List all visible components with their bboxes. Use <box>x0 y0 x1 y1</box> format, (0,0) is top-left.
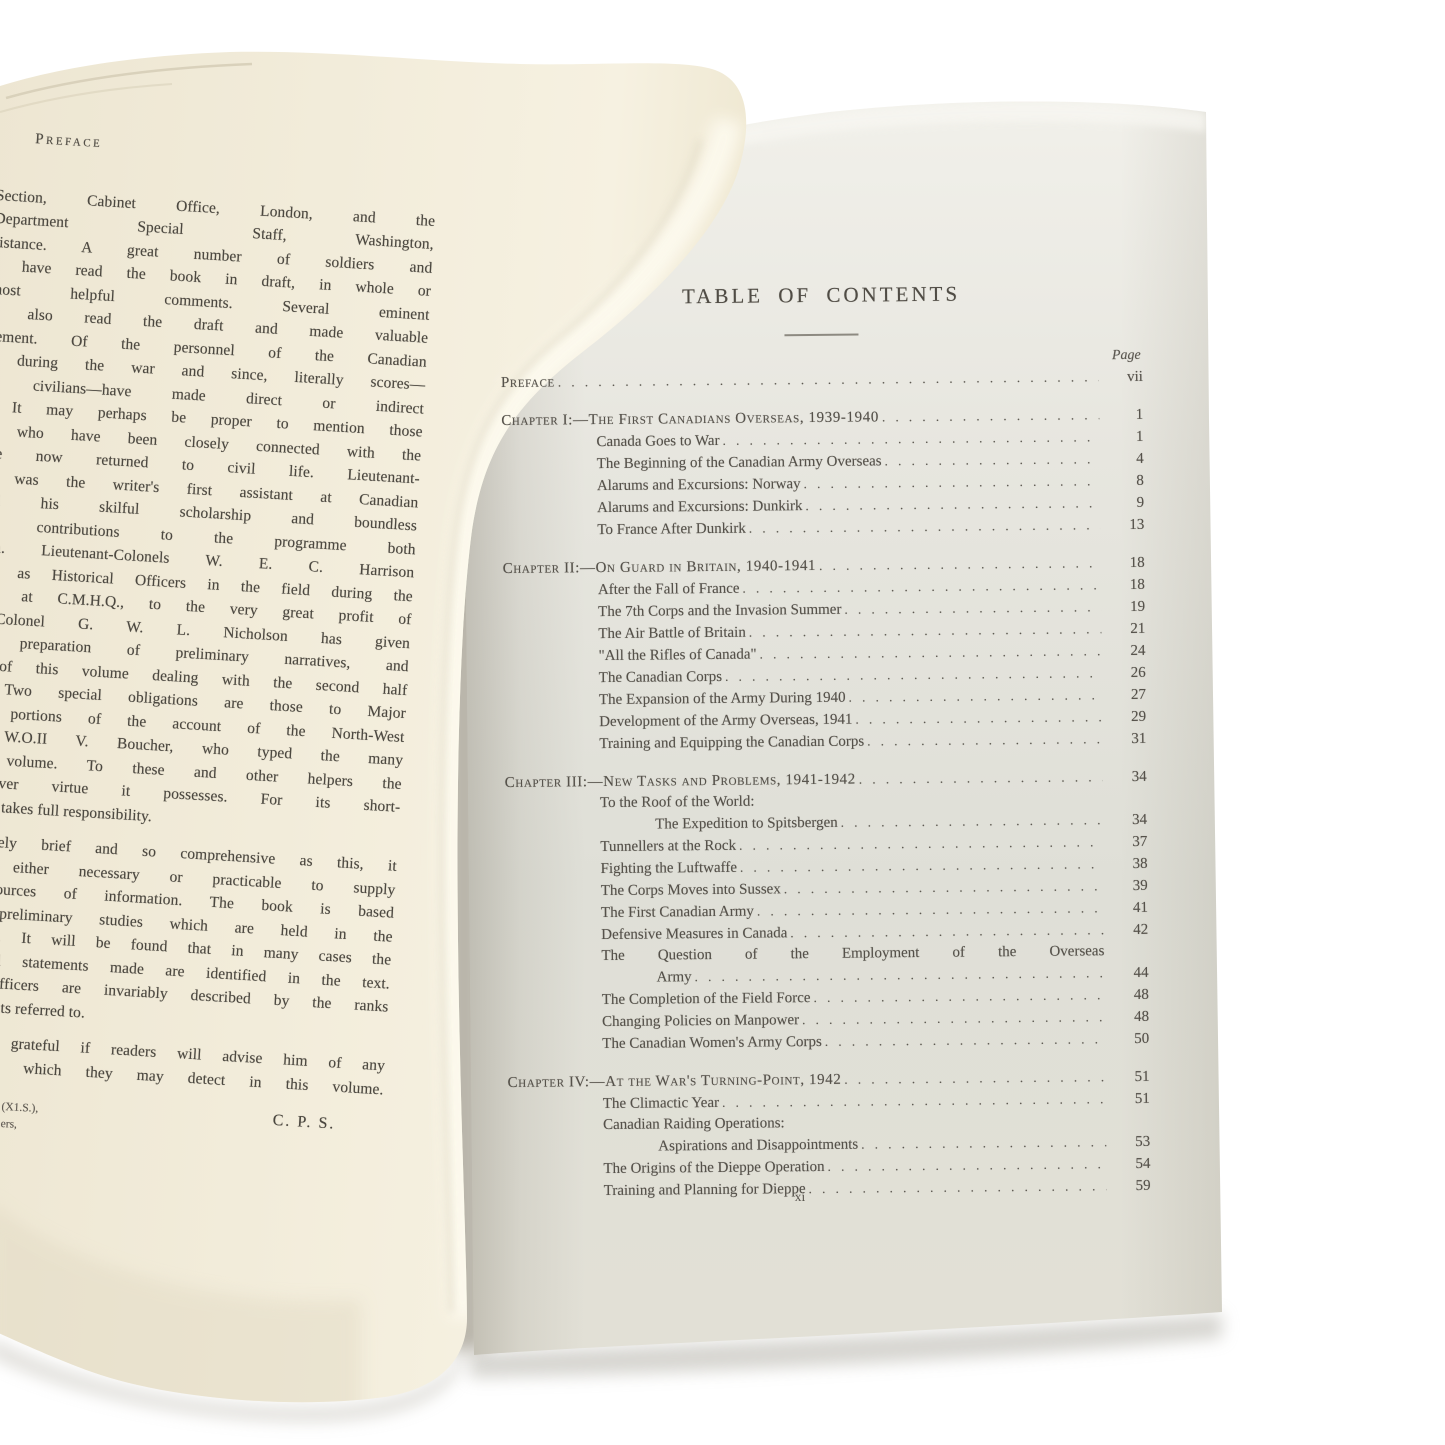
toc-page-number: 34 <box>1103 810 1147 831</box>
toc-page-number: 48 <box>1105 985 1149 1006</box>
toc-entry-label: The Completion of the Field Force <box>602 988 811 1011</box>
leader-dots <box>799 1006 1105 1031</box>
leader-dots <box>822 1028 1106 1053</box>
toc-entry-label: Fighting the Luftwaffe <box>600 858 737 880</box>
leader-dots <box>555 366 1099 393</box>
toc-entry-label: The Beginning of the Canadian Army Overs… <box>597 451 882 475</box>
toc-entry-label: Canada Goes to War <box>596 431 719 453</box>
toc-page-number: 44 <box>1105 963 1149 984</box>
toc-page-number: 51 <box>1106 1089 1150 1110</box>
right-page-text: TABLE OF CONTENTS Page PrefaceviiChapter… <box>500 282 1151 1203</box>
toc-entry-label: Preface <box>501 372 555 394</box>
toc-entry-label: The Air Battle of Britain <box>598 623 746 645</box>
footnote-fragment: (X1.S.), <box>1 1099 39 1118</box>
toc-entry-label: Chapter II:—On Guard in Britain, 1940-19… <box>503 556 817 580</box>
toc-entry-label: The Origins of the Dieppe Operation <box>603 1157 824 1180</box>
toc-entry-label: The Canadian Women's Army Corps <box>602 1032 822 1055</box>
toc-page-number: 8 <box>1100 471 1144 492</box>
toc-page-number: 37 <box>1103 832 1147 853</box>
toc-entry-label: After the Fall of France <box>598 579 740 601</box>
toc-entry-label: To the Roof of the World: <box>600 792 755 814</box>
toc-page-number: 21 <box>1101 619 1145 640</box>
open-book-photo: Preface Section, Cabinet Office, London,… <box>0 0 1445 1445</box>
leader-dots <box>801 470 1100 495</box>
left-page-text: Preface Section, Cabinet Office, London,… <box>0 126 439 1139</box>
leader-dots <box>787 919 1104 944</box>
toc-page-number: 18 <box>1101 575 1145 596</box>
toc-page-number: 50 <box>1105 1029 1149 1050</box>
toc-entry-label: Tunnellers at the Rock <box>600 836 736 858</box>
leader-dots <box>781 875 1104 900</box>
toc-entry-label: "All the Rifles of Canada" <box>598 645 756 668</box>
toc-entry-label: Canadian Raiding Operations: <box>603 1113 785 1136</box>
toc-entry-label: The Expansion of the Army During 1940 <box>599 688 846 711</box>
toc-page-number: 18 <box>1101 553 1145 574</box>
leader-dots <box>841 1066 1105 1091</box>
toc-page-number: vii <box>1099 367 1143 388</box>
toc-entry-label: The 7th Corps and the Invasion Summer <box>598 600 841 623</box>
toc-entry-label: Alarums and Excursions: Dunkirk <box>597 496 803 519</box>
toc-page-number: 1 <box>1099 427 1143 448</box>
toc-page-number: 9 <box>1100 493 1144 514</box>
toc-entries: PrefaceviiChapter I:—The First Canadians… <box>501 366 1151 1203</box>
toc-page-number: 39 <box>1104 876 1148 897</box>
toc-entry-label: Army <box>657 967 692 988</box>
toc-entry-label: The First Canadian Army <box>601 902 754 924</box>
toc-page-number: 26 <box>1102 663 1146 684</box>
toc-entry-label: Changing Policies on Manpower <box>602 1010 799 1033</box>
leader-dots <box>841 596 1101 620</box>
toc-page-number: 48 <box>1105 1007 1149 1028</box>
leader-dots <box>852 706 1102 730</box>
leader-dots <box>882 448 1100 472</box>
preface-footnote-fragments: (X1.S.),ers, <box>0 1099 38 1135</box>
leader-dots <box>864 728 1102 752</box>
toc-entry-label: Alarums and Excursions: Norway <box>597 474 801 497</box>
toc-page-number: 54 <box>1106 1154 1150 1175</box>
toc-page-number: 41 <box>1104 898 1148 919</box>
toc-entry-label: The Corps Moves into Sussex <box>601 879 781 902</box>
leader-dots <box>845 684 1102 708</box>
leader-dots <box>858 1131 1106 1155</box>
leader-dots <box>825 1153 1107 1178</box>
leader-dots <box>746 514 1101 539</box>
leader-dots <box>810 984 1104 1009</box>
toc-page-number: 13 <box>1100 515 1144 536</box>
toc-page-number: 42 <box>1104 920 1148 941</box>
toc-page-number: 4 <box>1100 449 1144 470</box>
toc-entry-label: Development of the Army Overseas, 1941 <box>599 710 852 733</box>
toc-entry-label: Defensive Measures in Canada <box>601 923 787 946</box>
toc-page-number: 38 <box>1103 854 1147 875</box>
toc-page-number: 34 <box>1103 767 1147 788</box>
toc-page-number: 1 <box>1099 405 1143 426</box>
toc-page-number: 27 <box>1102 685 1146 706</box>
toc-page-number: 24 <box>1101 641 1145 662</box>
leader-dots <box>816 552 1101 577</box>
toc-page-number: 19 <box>1101 597 1145 618</box>
leader-dots <box>856 766 1103 790</box>
toc-entry-label: The Expedition to Spitsbergen <box>655 813 838 836</box>
toc-page-number: 59 <box>1107 1176 1151 1197</box>
toc-entry-label: The Canadian Corps <box>599 667 723 689</box>
toc-entry-label: Aspirations and Disappointments <box>658 1135 858 1158</box>
footnote-fragment: ers, <box>0 1116 38 1135</box>
toc-entry-label: Chapter III:—New Tasks and Problems, 194… <box>505 770 856 794</box>
preface-body: Section, Cabinet Office, London, and the… <box>0 183 436 1101</box>
leader-dots <box>879 404 1100 428</box>
toc-entry-label: To France After Dunkirk <box>597 519 746 541</box>
leader-dots <box>719 1088 1106 1114</box>
toc-entry-label: The Climactic Year <box>603 1093 719 1115</box>
leader-dots <box>802 492 1100 517</box>
toc-page-number: 31 <box>1102 729 1146 750</box>
toc-page-number: 53 <box>1106 1132 1150 1153</box>
toc-page-number: 29 <box>1102 707 1146 728</box>
toc-page-number: 51 <box>1106 1067 1150 1088</box>
toc-entry-label: Training and Equipping the Canadian Corp… <box>599 732 864 756</box>
leader-dots <box>838 809 1104 834</box>
toc-divider-rule <box>784 334 858 337</box>
